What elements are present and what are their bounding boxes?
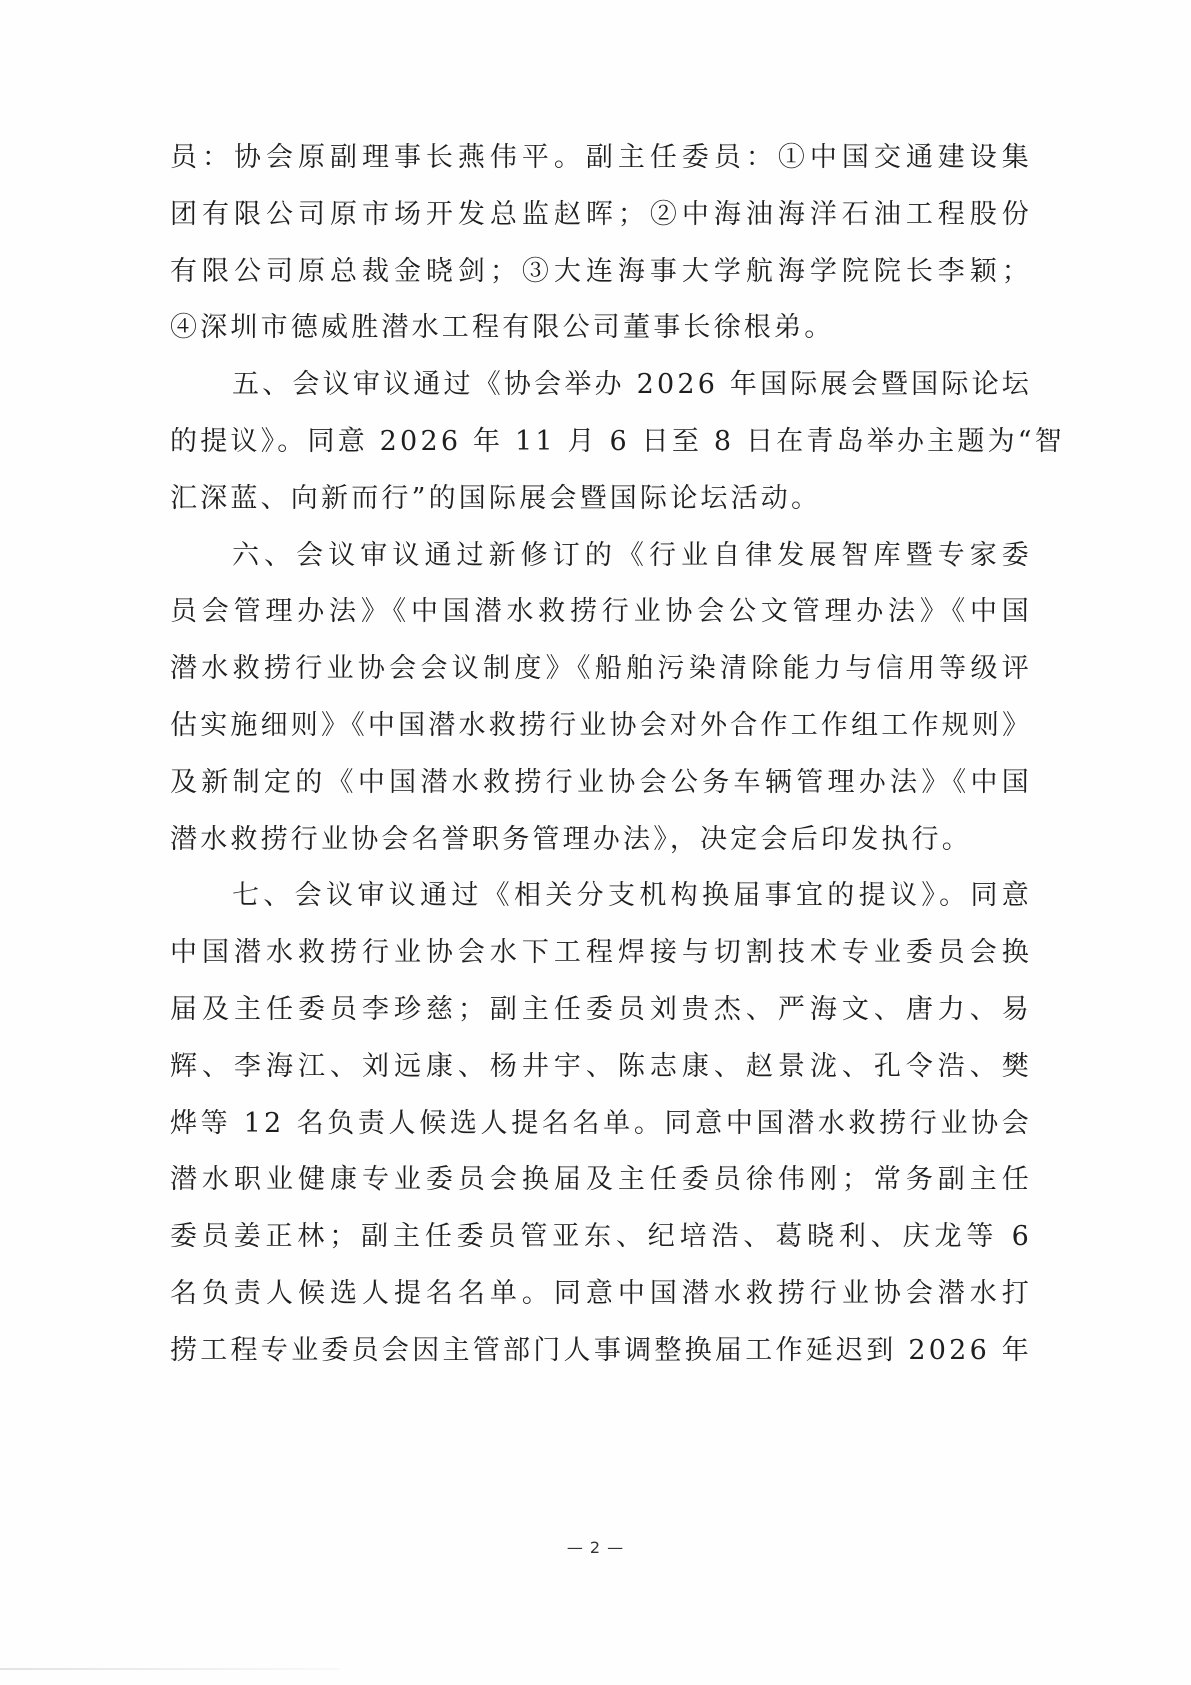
text-line: 烨等 12 名负责人候选人提名名单。同意中国潜水救捞行业协会 bbox=[170, 1102, 1032, 1159]
paragraph-first-line: 七、会议审议通过《相关分支机构换届事宜的提议》。同意 bbox=[170, 874, 1032, 931]
text-line: 潜水救捞行业协会名誉职务管理办法》，决定会后印发执行。 bbox=[170, 818, 1032, 875]
text-line: 估实施细则》《中国潜水救捞行业协会对外合作工作组工作规则》 bbox=[170, 704, 1032, 761]
text-line: 员会管理办法》《中国潜水救捞行业协会公文管理办法》《中国 bbox=[170, 590, 1032, 647]
paragraph-first-line: 五、会议审议通过《协会举办 2026 年国际展会暨国际论坛 bbox=[170, 363, 1032, 420]
text-line: 的提议》。同意 2026 年 11 月 6 日至 8 日在青岛举办主题为“智 bbox=[170, 420, 1032, 477]
scan-edge-artifact bbox=[0, 1668, 340, 1670]
text-line: 委员姜正林；副主任委员管亚东、纪培浩、葛晓利、庆龙等 6 bbox=[170, 1215, 1032, 1272]
text-line: 员：协会原副理事长燕伟平。副主任委员：①中国交通建设集 bbox=[170, 136, 1032, 193]
document-body: 员：协会原副理事长燕伟平。副主任委员：①中国交通建设集团有限公司原市场开发总监赵… bbox=[170, 136, 1032, 1386]
text-line: ④深圳市德威胜潜水工程有限公司董事长徐根弟。 bbox=[170, 306, 1032, 363]
text-line: 潜水职业健康专业委员会换届及主任委员徐伟刚；常务副主任 bbox=[170, 1158, 1032, 1215]
text-line: 届及主任委员李珍慈；副主任委员刘贵杰、严海文、唐力、易 bbox=[170, 988, 1032, 1045]
page-number: — 2 — bbox=[0, 1538, 1191, 1557]
text-line: 潜水救捞行业协会会议制度》《船舶污染清除能力与信用等级评 bbox=[170, 647, 1032, 704]
text-line: 有限公司原总裁金晓剑；③大连海事大学航海学院院长李颖； bbox=[170, 250, 1032, 307]
text-line: 及新制定的《中国潜水救捞行业协会公务车辆管理办法》《中国 bbox=[170, 761, 1032, 818]
paragraph-first-line: 六、会议审议通过新修订的《行业自律发展智库暨专家委 bbox=[170, 534, 1032, 591]
text-line: 中国潜水救捞行业协会水下工程焊接与切割技术专业委员会换 bbox=[170, 931, 1032, 988]
document-page: 员：协会原副理事长燕伟平。副主任委员：①中国交通建设集团有限公司原市场开发总监赵… bbox=[0, 0, 1191, 1685]
text-line: 名负责人候选人提名名单。同意中国潜水救捞行业协会潜水打 bbox=[170, 1272, 1032, 1329]
text-line: 辉、李海江、刘远康、杨井宇、陈志康、赵景泷、孔令浩、樊 bbox=[170, 1045, 1032, 1102]
text-line: 汇深蓝、向新而行”的国际展会暨国际论坛活动。 bbox=[170, 477, 1032, 534]
text-line: 团有限公司原市场开发总监赵晖；②中海油海洋石油工程股份 bbox=[170, 193, 1032, 250]
text-line: 捞工程专业委员会因主管部门人事调整换届工作延迟到 2026 年 bbox=[170, 1329, 1032, 1386]
